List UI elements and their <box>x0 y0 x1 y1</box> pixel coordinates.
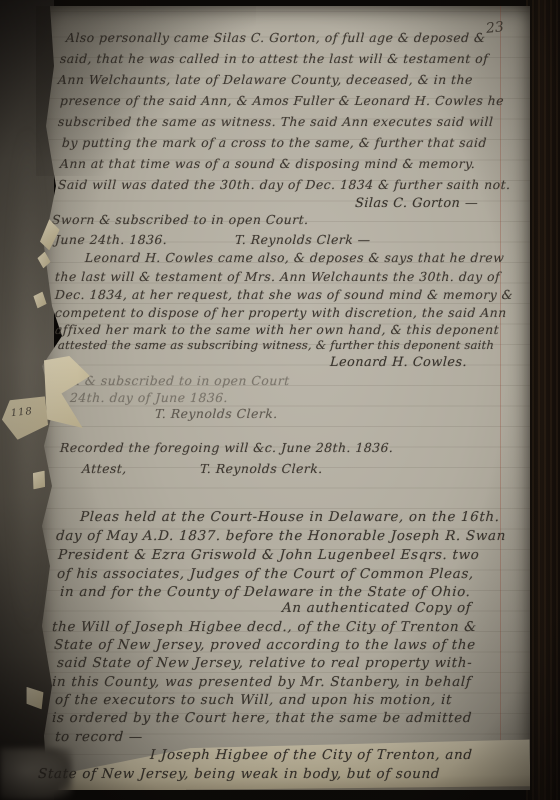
handwritten-line: Dec. 1834, at her request, that she was … <box>55 287 514 302</box>
will-opening-line: State of New Jersey, being weak in body,… <box>38 767 441 782</box>
handwritten-line-torn: 24th. day of June 1836. <box>70 390 229 405</box>
court-order-line: State of New Jersey, proved according to… <box>54 638 477 653</box>
attest-label: Attest, <box>82 461 128 476</box>
handwritten-line: subscribed the same as witness. The said… <box>58 114 494 129</box>
record-book-photo: 23 Also personally came Silas C. Gorton,… <box>0 0 560 800</box>
handwritten-line: by putting the mark of a cross to the sa… <box>62 135 488 150</box>
clerk-attestation: T. Reynolds Clerk — <box>235 232 371 247</box>
handwritten-text: Also personally came Silas C. Gorton, of… <box>0 0 560 800</box>
clerk-attestation: T. Reynolds Clerk. <box>155 406 279 421</box>
fragment-label: 118 <box>10 406 33 419</box>
court-order-line: in this County, was presented by Mr. Sta… <box>52 675 472 690</box>
clerk-attestation: T. Reynolds Clerk. <box>200 461 324 476</box>
court-order-line: of the executors to such Will, and upon … <box>55 693 453 708</box>
handwritten-line: Also personally came Silas C. Gorton, of… <box>66 30 486 45</box>
will-opening-line: I Joseph Higbee of the City of Trenton, … <box>150 748 473 763</box>
court-session-line: Pleas held at the Court-House in Delawar… <box>80 510 501 525</box>
handwritten-line: June 24th. 1836. <box>55 232 168 247</box>
court-session-line: President & Ezra Griswold & John Lugenbe… <box>58 548 480 563</box>
signature-silas-gorton: Silas C. Gorton — <box>355 196 479 211</box>
court-order-line: is ordered by the Court here, that the s… <box>52 711 473 726</box>
page-number: 23 <box>485 19 504 37</box>
handwritten-line: Sworn & subscribed to in open Court. <box>52 212 309 227</box>
handwritten-line: the last will & testament of Mrs. Ann We… <box>55 269 501 284</box>
handwritten-line-torn: n & subscribed to in open Court <box>72 373 290 388</box>
recording-note: Recorded the foregoing will &c. June 28t… <box>60 440 394 455</box>
handwritten-line: Ann at that time was of a sound & dispos… <box>60 156 476 171</box>
court-order-line: the Will of Joseph Higbee decd., of the … <box>52 620 478 635</box>
court-order-line: An authenticated Copy of <box>282 601 472 616</box>
handwritten-line: attested the same as subscribing witness… <box>58 338 495 352</box>
handwritten-line: said, that he was called in to attest th… <box>60 51 489 66</box>
handwritten-line: Said will was dated the 30th. day of Dec… <box>58 177 511 192</box>
court-order-line: said State of New Jersey, relative to re… <box>57 656 473 671</box>
handwritten-line: competent to dispose of her property wit… <box>55 305 508 320</box>
signature-leonard-cowles: Leonard H. Cowles. <box>330 355 468 370</box>
handwritten-line: presence of the said Ann, & Amos Fuller … <box>60 93 505 108</box>
court-session-line: in and for the County of Delaware in the… <box>60 585 471 600</box>
court-order-line: to record — <box>55 730 144 745</box>
handwritten-line: Ann Welchaunts, late of Delaware County,… <box>58 72 474 87</box>
handwritten-line: affixed her mark to the same with her ow… <box>55 322 500 337</box>
handwritten-line: Leonard H. Cowles came also, & deposes &… <box>85 250 505 265</box>
court-session-line: day of May A.D. 1837. before the Honorab… <box>56 529 507 544</box>
court-session-line: of his associates, Judges of the Court o… <box>57 567 475 582</box>
